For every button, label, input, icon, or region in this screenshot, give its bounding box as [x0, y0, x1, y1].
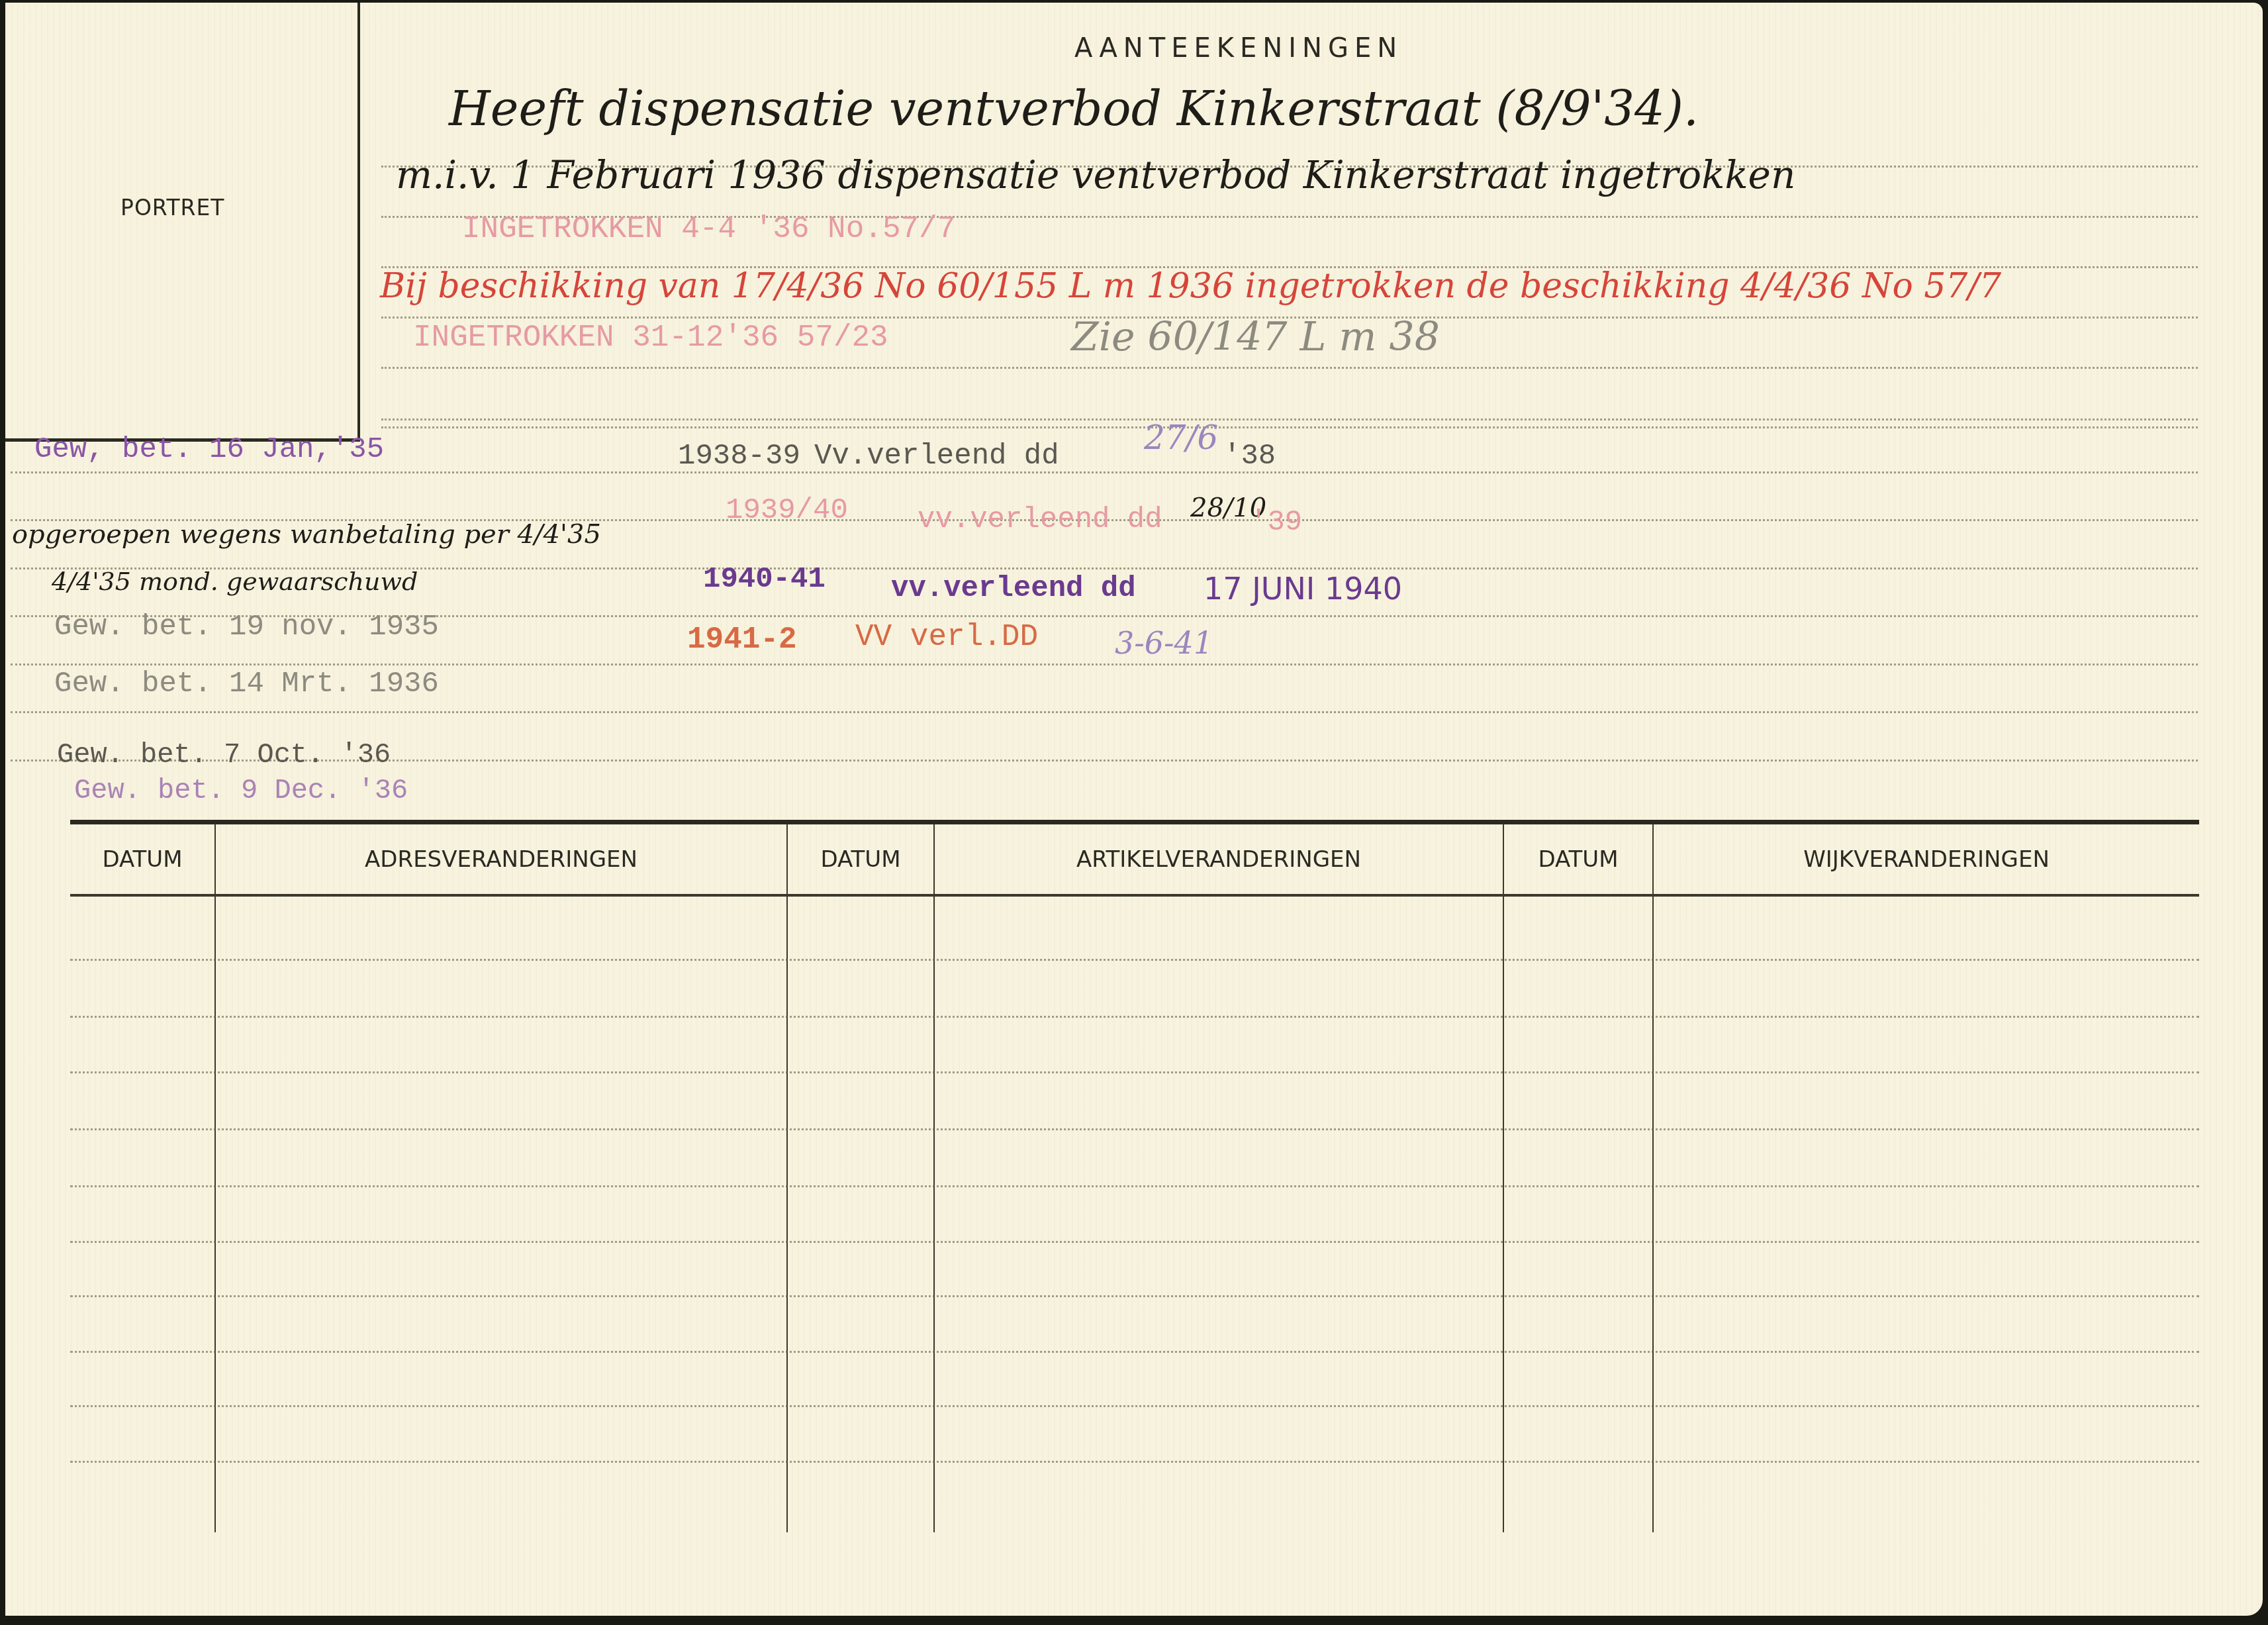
- column-divider: [1652, 824, 1654, 1532]
- table-row-line: [70, 1241, 2199, 1243]
- ruled-line: [11, 711, 2198, 713]
- table-row-line: [70, 1405, 2199, 1407]
- table-row-line: [70, 1071, 2199, 1073]
- permit-text: VV verl.DD: [855, 620, 1038, 654]
- permit-date-hand: 3-6-41: [1115, 625, 1213, 661]
- column-header-article-changes: ARTIKELVERANDERINGEN: [935, 840, 1503, 879]
- column-header-date-2: DATUM: [788, 840, 933, 879]
- portrait-box: [5, 3, 360, 442]
- column-header-date-1: DATUM: [70, 840, 214, 879]
- permit-year: 1938-39: [678, 440, 800, 473]
- registration-card: PORTRET AANTEEKENINGEN Heeft dispensatie…: [5, 3, 2263, 1616]
- portrait-label: PORTRET: [120, 195, 225, 221]
- column-divider: [214, 824, 216, 1532]
- column-header-date-3: DATUM: [1504, 840, 1652, 879]
- notes-title: AANTEEKENINGEN: [1074, 33, 1403, 64]
- payment-entry: Gew. bet. 14 Mrt. 1936: [54, 667, 439, 701]
- permit-year-suffix: '39: [1250, 506, 1302, 539]
- ruled-line: [11, 471, 2198, 473]
- warning-note: 4/4'35 mond. gewaarschuwd: [52, 567, 418, 596]
- note-line-4: Zie 60/147 L m 38: [1071, 314, 1440, 360]
- table-row-line: [70, 1185, 2199, 1187]
- column-header-address-changes: ADRESVERANDERINGEN: [216, 840, 786, 879]
- table-row-line: [70, 959, 2199, 961]
- ruled-line: [381, 367, 2198, 369]
- note-line-2: m.i.v. 1 Februari 1936 dispensatie ventv…: [396, 152, 1795, 197]
- permit-text: vv.verleend dd: [918, 503, 1162, 536]
- permit-year: 1939/40: [726, 494, 848, 527]
- withdrawn-stamp-1: INGETROKKEN 4-4 '36 No.57/7: [462, 212, 955, 246]
- column-divider: [786, 824, 788, 1532]
- column-header-district-changes: WIJKVERANDERINGEN: [1654, 840, 2199, 879]
- table-row-line: [70, 1016, 2199, 1018]
- payment-entry: Gew. bet. 19 nov. 1935: [54, 611, 439, 644]
- permit-year: 1940-41: [703, 563, 826, 596]
- payment-entry: Gew, bet. 16 Jan,'35: [34, 433, 384, 466]
- ruled-line: [381, 419, 2198, 420]
- permit-text: Vv.verleend dd: [814, 440, 1059, 473]
- table-row-line: [70, 1351, 2199, 1353]
- payment-entry: Gew. bet. 7 Oct. '36: [57, 739, 391, 771]
- summons-note: opgeroepen wegens wanbetaling per 4/4'35: [12, 519, 601, 550]
- withdrawn-stamp-2: INGETROKKEN 31-12'36 57/23: [413, 320, 888, 355]
- permit-date: 17 JUNI 1940: [1204, 571, 1402, 607]
- table-top-border: [70, 820, 2199, 824]
- payment-entry: Gew. bet. 9 Dec. '36: [74, 775, 408, 807]
- permit-year: 1941-2: [687, 622, 797, 657]
- permit-date-hand: 27/6: [1144, 419, 1218, 457]
- table-row-line: [70, 1128, 2199, 1130]
- column-divider: [933, 824, 935, 1532]
- permit-text: vv.verleend dd: [891, 572, 1136, 605]
- ruled-line: [381, 426, 2198, 428]
- table-row-line: [70, 1295, 2199, 1297]
- permit-year-suffix: '38: [1223, 440, 1276, 473]
- table-header-border: [70, 894, 2199, 897]
- table-row-line: [70, 1461, 2199, 1463]
- ruled-line: [11, 664, 2198, 665]
- note-line-3: Bij beschikking van 17/4/36 No 60/155 L …: [380, 266, 2001, 306]
- column-divider: [1503, 824, 1504, 1532]
- note-line-1: Heeft dispensatie ventverbod Kinkerstraa…: [449, 81, 1699, 136]
